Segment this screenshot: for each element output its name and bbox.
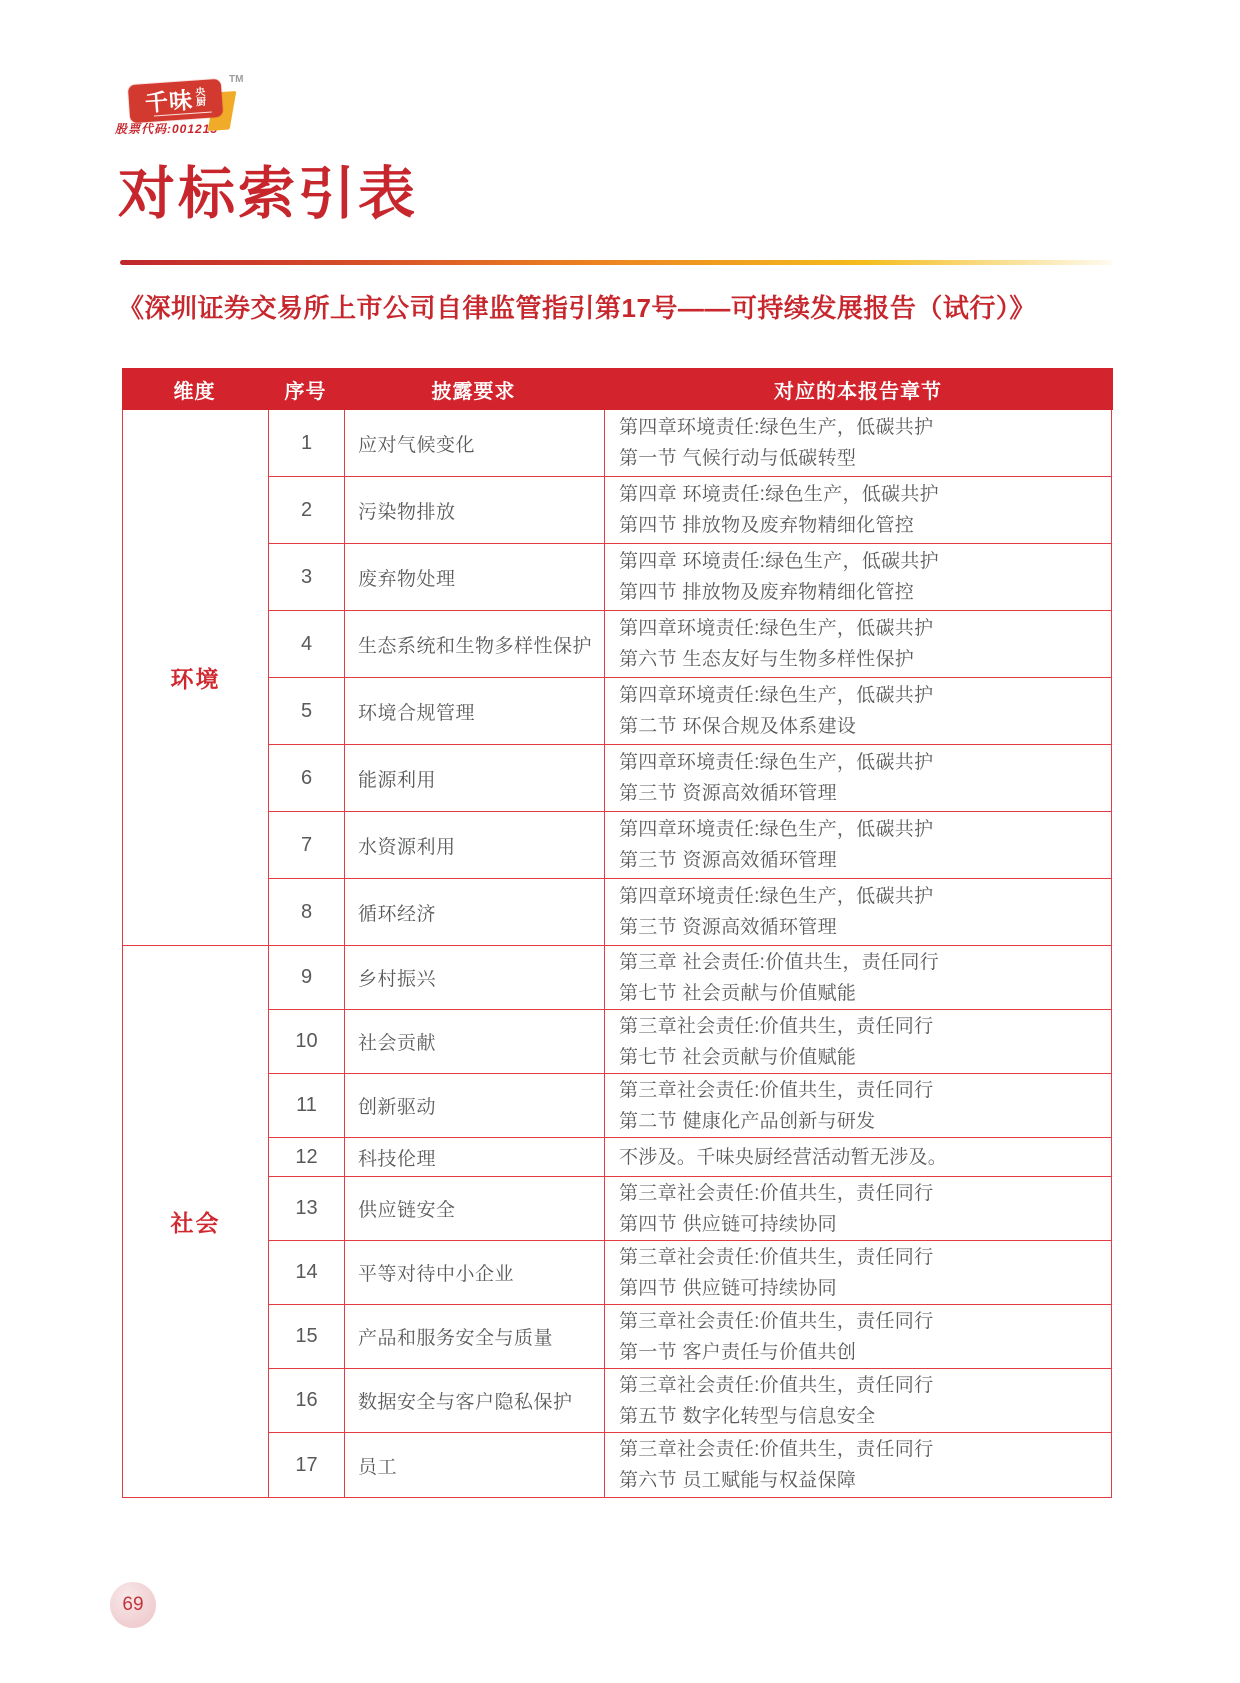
chapter-line: 第五节 数字化转型与信息安全: [619, 1401, 875, 1432]
row-number-cell: 7: [269, 812, 345, 879]
requirement-cell: 供应链安全: [345, 1177, 605, 1241]
column-header-requirement: 披露要求: [344, 368, 604, 410]
chapter-line: 第三节 资源高效循环管理: [619, 845, 837, 876]
page-number-badge: 69: [110, 1582, 156, 1628]
row-number-cell: 4: [269, 611, 345, 678]
row-number-cell: 16: [269, 1369, 345, 1433]
logo-brand-sub-bottom: 厨: [196, 98, 207, 109]
dimension-cell: 社会: [123, 946, 269, 1497]
requirement-cell: 创新驱动: [345, 1074, 605, 1138]
requirement-cell: 产品和服务安全与质量: [345, 1305, 605, 1369]
chapter-line: 第三章 社会责任:价值共生，责任同行: [619, 947, 939, 978]
row-number-cell: 15: [269, 1305, 345, 1369]
row-number-cell: 11: [269, 1074, 345, 1138]
stock-code-text: 股票代码:001215: [115, 120, 218, 137]
chapter-cell: 第四章环境责任:绿色生产，低碳共护第六节 生态友好与生物多样性保护: [605, 611, 1111, 678]
table-body: 环境1应对气候变化第四章环境责任:绿色生产，低碳共护第一节 气候行动与低碳转型2…: [123, 410, 1111, 1497]
requirement-cell: 循环经济: [345, 879, 605, 946]
chapter-cell: 第三章社会责任:价值共生，责任同行第一节 客户责任与价值共创: [605, 1305, 1111, 1369]
row-number-cell: 13: [269, 1177, 345, 1241]
chapter-line: 第二节 健康化产品创新与研发: [619, 1106, 875, 1137]
chapter-cell: 第四章环境责任:绿色生产，低碳共护第三节 资源高效循环管理: [605, 812, 1111, 879]
chapter-line: 第三章社会责任:价值共生，责任同行: [619, 1178, 933, 1209]
row-number-cell: 3: [269, 544, 345, 611]
chapter-line: 第六节 生态友好与生物多样性保护: [619, 644, 914, 675]
chapter-line: 第七节 社会贡献与价值赋能: [619, 978, 856, 1009]
chapter-line: 第四节 排放物及废弃物精细化管控: [619, 577, 914, 608]
title-divider-gradient: [120, 260, 1112, 265]
chapter-line: 第一节 气候行动与低碳转型: [619, 443, 856, 474]
chapter-line: 第三节 资源高效循环管理: [619, 778, 837, 809]
chapter-line: 第三章社会责任:价值共生，责任同行: [619, 1370, 933, 1401]
requirement-cell: 污染物排放: [345, 477, 605, 544]
chapter-cell: 第三章社会责任:价值共生，责任同行第七节 社会贡献与价值赋能: [605, 1010, 1111, 1074]
chapter-cell: 第三章社会责任:价值共生，责任同行第五节 数字化转型与信息安全: [605, 1369, 1111, 1433]
page-title: 对标索引表: [118, 160, 418, 228]
requirement-cell: 生态系统和生物多样性保护: [345, 611, 605, 678]
requirement-cell: 科技伦理: [345, 1138, 605, 1177]
row-number-cell: 8: [269, 879, 345, 946]
row-number-cell: 5: [269, 678, 345, 745]
chapter-cell: 第三章 社会责任:价值共生，责任同行第七节 社会贡献与价值赋能: [605, 946, 1111, 1010]
row-number-cell: 14: [269, 1241, 345, 1305]
chapter-cell: 不涉及。千味央厨经营活动暂无涉及。: [605, 1138, 1111, 1177]
chapter-line: 第四章环境责任:绿色生产，低碳共护: [619, 747, 933, 778]
logo-brand-sub: 央 厨: [195, 88, 206, 109]
row-number-cell: 1: [269, 410, 345, 477]
row-number-cell: 9: [269, 946, 345, 1010]
chapter-line: 第四章环境责任:绿色生产，低碳共护: [619, 814, 933, 845]
chapter-cell: 第三章社会责任:价值共生，责任同行第二节 健康化产品创新与研发: [605, 1074, 1111, 1138]
chapter-line: 第四章环境责任:绿色生产，低碳共护: [619, 881, 933, 912]
chapter-cell: 第三章社会责任:价值共生，责任同行第六节 员工赋能与权益保障: [605, 1433, 1111, 1497]
row-number-cell: 17: [269, 1433, 345, 1497]
requirement-cell: 能源利用: [345, 745, 605, 812]
table-header-row: 维度 序号 披露要求 对应的本报告章节: [122, 368, 1113, 410]
row-number-cell: 2: [269, 477, 345, 544]
chapter-cell: 第四章 环境责任:绿色生产，低碳共护第四节 排放物及废弃物精细化管控: [605, 477, 1111, 544]
requirement-cell: 数据安全与客户隐私保护: [345, 1369, 605, 1433]
chapter-cell: 第四章环境责任:绿色生产，低碳共护第三节 资源高效循环管理: [605, 745, 1111, 812]
chapter-cell: 第四章 环境责任:绿色生产，低碳共护第四节 排放物及废弃物精细化管控: [605, 544, 1111, 611]
chapter-cell: 第三章社会责任:价值共生，责任同行第四节 供应链可持续协同: [605, 1177, 1111, 1241]
column-header-chapter: 对应的本报告章节: [604, 368, 1113, 410]
trademark-symbol: TM: [229, 74, 243, 85]
logo-brand-main: 千味: [144, 88, 193, 114]
chapter-line: 第三节 资源高效循环管理: [619, 912, 837, 943]
chapter-cell: 第四章环境责任:绿色生产，低碳共护第一节 气候行动与低碳转型: [605, 410, 1111, 477]
row-number-cell: 6: [269, 745, 345, 812]
chapter-line: 第三章社会责任:价值共生，责任同行: [619, 1075, 933, 1106]
chapter-cell: 第四章环境责任:绿色生产，低碳共护第二节 环保合规及体系建设: [605, 678, 1111, 745]
chapter-line: 第四章环境责任:绿色生产，低碳共护: [619, 680, 933, 711]
chapter-line: 第四章 环境责任:绿色生产，低碳共护: [619, 546, 939, 577]
chapter-line: 第四章环境责任:绿色生产，低碳共护: [619, 613, 933, 644]
chapter-line: 第一节 客户责任与价值共创: [619, 1337, 856, 1368]
chapter-line: 第四章环境责任:绿色生产，低碳共护: [619, 412, 933, 443]
chapter-cell: 第四章环境责任:绿色生产，低碳共护第三节 资源高效循环管理: [605, 879, 1111, 946]
chapter-line: 第三章社会责任:价值共生，责任同行: [619, 1434, 933, 1465]
requirement-cell: 员工: [345, 1433, 605, 1497]
requirement-cell: 乡村振兴: [345, 946, 605, 1010]
dimension-cell: 环境: [123, 410, 269, 946]
benchmark-index-table: 维度 序号 披露要求 对应的本报告章节 环境1应对气候变化第四章环境责任:绿色生…: [122, 368, 1112, 1498]
column-header-dimension: 维度: [122, 368, 268, 410]
guideline-subtitle: 《深圳证券交易所上市公司自律监管指引第17号——可持续发展报告（试行）》: [118, 288, 1036, 325]
chapter-line: 第四章 环境责任:绿色生产，低碳共护: [619, 479, 939, 510]
page-number: 69: [122, 1594, 143, 1616]
requirement-cell: 社会贡献: [345, 1010, 605, 1074]
column-header-number: 序号: [268, 368, 344, 410]
page: 千味 央 厨 TM 股票代码:001215 对标索引表 《深圳证券交易所上市公司…: [0, 0, 1240, 1683]
chapter-line: 第三章社会责任:价值共生，责任同行: [619, 1306, 933, 1337]
logo-red-box: 千味 央 厨: [128, 79, 223, 123]
row-number-cell: 12: [269, 1138, 345, 1177]
chapter-line: 第四节 供应链可持续协同: [619, 1209, 837, 1240]
requirement-cell: 环境合规管理: [345, 678, 605, 745]
chapter-line: 不涉及。千味央厨经营活动暂无涉及。: [619, 1142, 947, 1173]
requirement-cell: 水资源利用: [345, 812, 605, 879]
requirement-cell: 应对气候变化: [345, 410, 605, 477]
row-number-cell: 10: [269, 1010, 345, 1074]
chapter-line: 第四节 供应链可持续协同: [619, 1273, 837, 1304]
chapter-line: 第四节 排放物及废弃物精细化管控: [619, 510, 914, 541]
requirement-cell: 废弃物处理: [345, 544, 605, 611]
brand-logo: 千味 央 厨 TM 股票代码:001215: [113, 66, 263, 138]
chapter-cell: 第三章社会责任:价值共生，责任同行第四节 供应链可持续协同: [605, 1241, 1111, 1305]
chapter-line: 第三章社会责任:价值共生，责任同行: [619, 1242, 933, 1273]
requirement-cell: 平等对待中小企业: [345, 1241, 605, 1305]
chapter-line: 第二节 环保合规及体系建设: [619, 711, 856, 742]
chapter-line: 第七节 社会贡献与价值赋能: [619, 1042, 856, 1073]
chapter-line: 第三章社会责任:价值共生，责任同行: [619, 1011, 933, 1042]
chapter-line: 第六节 员工赋能与权益保障: [619, 1465, 856, 1496]
